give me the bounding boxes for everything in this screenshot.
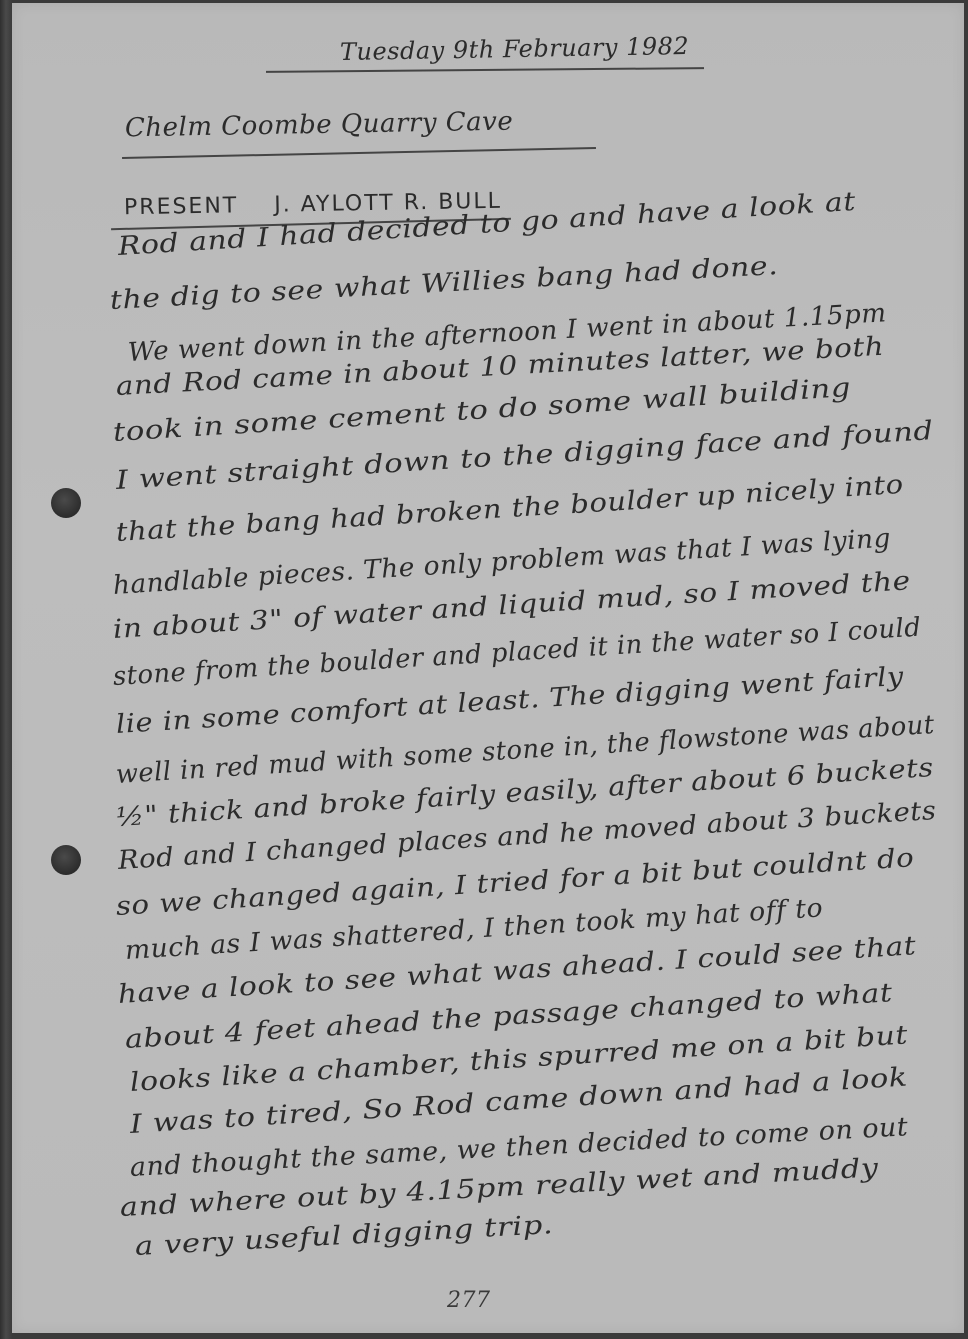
present-label: PRESENT [124,193,239,220]
page-number: 277 [447,1288,491,1313]
punch-hole-bottom [51,845,81,875]
punch-hole-top [51,488,81,518]
date-heading: Tuesday 9th February 1982 [340,32,690,70]
scanned-page-photo: Tuesday 9th February 1982 Chelm Coombe Q… [0,0,968,1339]
